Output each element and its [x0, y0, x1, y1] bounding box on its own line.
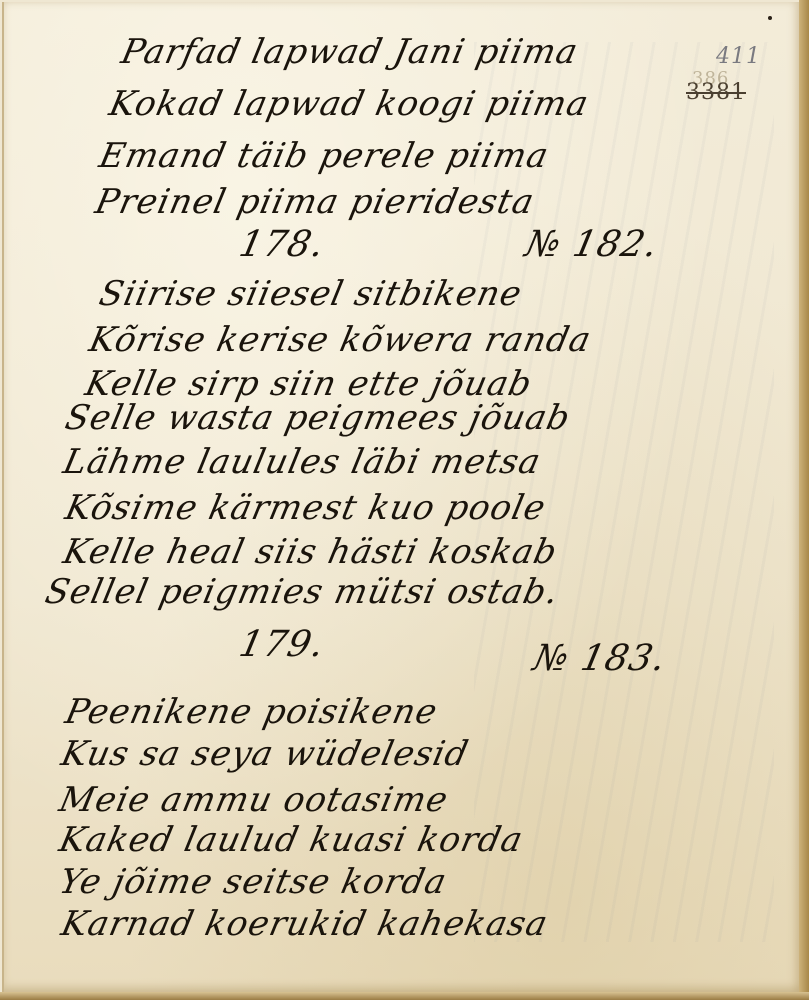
manuscript-page: 411 386 3381 Parfad lapwad Jani piima Ko…	[2, 2, 801, 992]
verse-line: Sellel peigmies mütsi ostab.	[42, 572, 563, 612]
verse-line: Kelle heal siis hästi koskab	[60, 532, 561, 572]
verse-line: Siirise siiesel sitbikene	[96, 274, 526, 314]
stamped-catalog-number: 3381	[686, 80, 746, 105]
catalog-number: № 183.	[530, 638, 670, 679]
verse-line: Ye jõime seitse korda	[56, 862, 451, 902]
verse-line: Selle wasta peigmees jõuab	[62, 398, 574, 438]
catalog-number: № 182.	[522, 224, 662, 265]
verse-line: Karnad koerukid kahekasa	[58, 904, 552, 944]
verse-line: Kus sa seya wüdelesid	[58, 734, 473, 774]
verse-line: Preinel piima pieridesta	[92, 182, 538, 222]
song-number: 179.	[236, 624, 329, 665]
page-edge-bottom	[0, 992, 809, 1000]
page-edge-right	[799, 0, 809, 1000]
pencil-catalog-number: 411	[716, 44, 761, 69]
verse-line: Kokad lapwad koogi piima	[106, 84, 593, 124]
verse-line: Meie ammu ootasime	[56, 780, 452, 820]
paper-speck	[768, 16, 772, 20]
manuscript-scan: 411 386 3381 Parfad lapwad Jani piima Ko…	[0, 0, 809, 1000]
verse-line: Emand täib perele piima	[96, 136, 553, 176]
verse-line: Peenikene poisikene	[62, 692, 442, 732]
verse-line: Kõsime kärmest kuo poole	[62, 488, 550, 528]
verse-line: Lähme laulules läbi metsa	[60, 442, 545, 482]
verse-line: Parfad lapwad Jani piima	[118, 32, 582, 72]
verse-line: Kõrise kerise kõwera randa	[86, 320, 595, 360]
verse-line: Kaked laulud kuasi korda	[56, 820, 527, 860]
song-number: 178.	[236, 224, 329, 265]
